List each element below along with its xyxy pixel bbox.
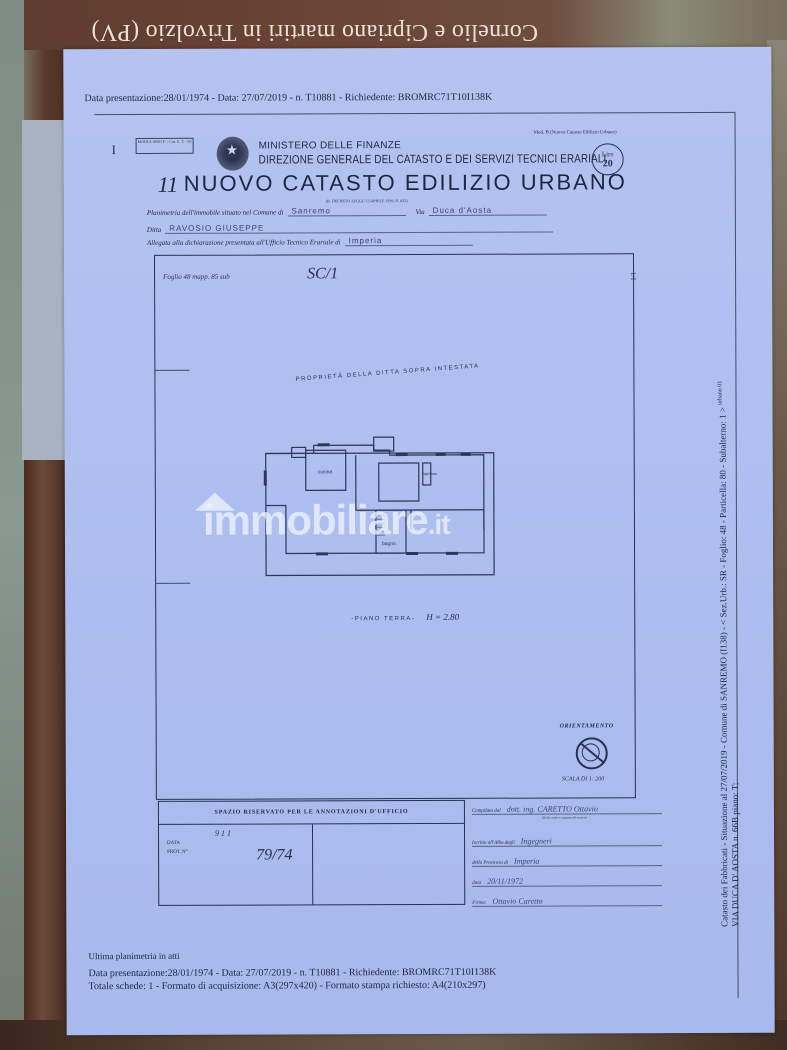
municipality-value: Sanremo bbox=[287, 206, 405, 216]
register-value: Ingegneri bbox=[521, 837, 552, 846]
modulario-stamp: MODULARIO F. - Cat. S. T. - 93 bbox=[136, 138, 194, 154]
street-value: Duca d'Aosta bbox=[429, 206, 547, 216]
side-line-1: Catasto dei Fabbricati - Situazione al 2… bbox=[718, 407, 730, 927]
office-annotations-box: SPAZIO RISERVATO PER LE ANNOTAZIONI D'UF… bbox=[158, 800, 465, 906]
margin-tick bbox=[155, 583, 190, 584]
office-value: Imperia bbox=[345, 236, 473, 246]
north-compass-icon bbox=[576, 737, 608, 769]
floor-label: -PIANO TERRA- bbox=[351, 616, 415, 622]
compiled-by-value: dott. ing. CARETTO Ottavio bbox=[507, 804, 598, 813]
floor-height: H = 2.80 bbox=[426, 612, 459, 622]
decree-note: (R. DECRETO-LEGGE 13 APRILE 1939, N. 652… bbox=[326, 198, 408, 203]
divider bbox=[312, 824, 313, 904]
directorate-name: DIREZIONE GENERALE DEL CATASTO E DEI SER… bbox=[259, 151, 607, 166]
ministry-name: MINISTERO DELLE FINANZE bbox=[259, 140, 402, 151]
annotation-date-value: 9 1 1 bbox=[215, 829, 231, 838]
republic-emblem-icon bbox=[217, 137, 249, 171]
footer-line-2: Totale schede: 1 - Formato di acquisizio… bbox=[89, 980, 486, 992]
property-caption: PROPRIETÀ DELLA DITTA SOPRA INTESTATA bbox=[295, 363, 479, 382]
annotation-prot-value: 79/74 bbox=[256, 846, 293, 864]
side-cadastral-info: Catasto dei Fabbricati - Situazione al 2… bbox=[715, 381, 741, 927]
province-value: Imperia bbox=[514, 857, 539, 866]
model-note: Mod. B (Nuovo Catasto Edilizio Urbano) bbox=[534, 130, 617, 135]
last-plan-note: Ultima planimetria in atti bbox=[88, 951, 179, 961]
plan-reference: Foglio 48 mapp. 85 sub bbox=[163, 273, 230, 281]
watermark: immobiliare.it bbox=[195, 496, 450, 545]
form-number: 11 bbox=[158, 172, 178, 198]
compiler-block: Compilata dal dott. ing. CARETTO Ottavio… bbox=[472, 799, 662, 910]
background-wall bbox=[0, 0, 24, 1050]
orientation-label: ORIENTAMENTO bbox=[560, 723, 614, 729]
province-row: della Provincia di Imperia bbox=[472, 849, 662, 867]
side-line-2: VIA DUCA D' AOSTA n. 66B piano: T; bbox=[728, 381, 741, 927]
background-wood bbox=[24, 460, 70, 1020]
annotation-prot-label: PROT. N° bbox=[167, 850, 188, 855]
document-title: NUOVO CATASTO EDILIZIO URBANO bbox=[184, 169, 627, 197]
compiled-by-row: Compilata dal dott. ing. CARETTO Ottavio bbox=[472, 799, 662, 815]
room-label: ingresso bbox=[422, 471, 438, 476]
scale-label: SCALA DI 1: 200 bbox=[562, 776, 604, 782]
margin-mark: 1/1 bbox=[630, 272, 638, 281]
room-label: cucina bbox=[318, 469, 333, 475]
watermark-tld: .it bbox=[428, 509, 450, 540]
background-banner: Cornelio e Cipriano martiri in Trivolzio… bbox=[78, 18, 538, 45]
field-office: Allegata alla dichiarazione presentata a… bbox=[147, 236, 473, 247]
header-line: Data presentazione:28/01/1974 - Data: 27… bbox=[84, 92, 492, 104]
cadastral-document: Data presentazione:28/01/1974 - Data: 27… bbox=[63, 47, 774, 1035]
compiled-by-sub: (Titolo, nome e cognome del tecnico) bbox=[542, 815, 662, 819]
field-municipality: Planimetria dell'immobile situato nel Co… bbox=[147, 206, 547, 217]
signature-value: Ottavio Caretto bbox=[492, 897, 542, 906]
footer-line-1: Data presentazione:28/01/1974 - Data: 27… bbox=[88, 967, 496, 979]
date-value: 20/11/1972 bbox=[487, 877, 523, 886]
date-row: data 20/11/1972 bbox=[472, 869, 662, 887]
owner-value: RAVOSIO GIUSEPPE bbox=[165, 223, 553, 234]
annotation-date-label: DATA bbox=[167, 841, 180, 846]
fee-amount: 20 bbox=[593, 159, 623, 168]
field-owner: Ditta RAVOSIO GIUSEPPE bbox=[147, 223, 553, 234]
watermark-brand: immobiliare bbox=[203, 496, 428, 544]
form-mark: I bbox=[112, 142, 116, 158]
annotations-title: SPAZIO RISERVATO PER LE ANNOTAZIONI D'UF… bbox=[159, 801, 464, 825]
register-row: Iscritto all'Albo degli Ingegneri bbox=[472, 829, 662, 847]
margin-tick bbox=[154, 370, 189, 371]
side-superscript: urbano 01 bbox=[717, 381, 723, 405]
plan-sheet-number: SC/1 bbox=[307, 265, 338, 283]
signature-row: Firma: Ottavio Caretto bbox=[472, 889, 662, 907]
